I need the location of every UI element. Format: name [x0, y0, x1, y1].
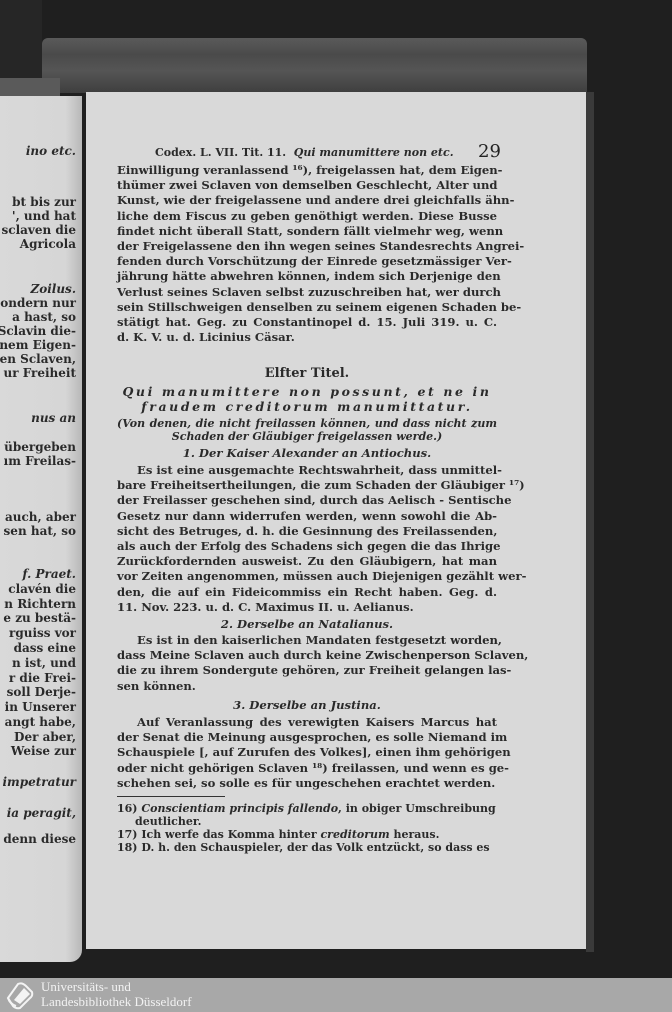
footnote-17: 17) Ich werfe das Komma hinter creditoru… [117, 828, 497, 841]
footnote-italic: creditorum [320, 828, 389, 841]
text-line: schehen sei, so solle es für ungeschehen… [117, 776, 497, 791]
latin-title: Qui manumittere non possunt, et ne in fr… [117, 384, 497, 414]
text-line: die zu ihrem Sondergute gehören, zur Fre… [117, 663, 497, 678]
latin-title-line: fraudem creditorum manumittatur. [117, 399, 497, 414]
left-page-line: rguiss vor [9, 626, 76, 640]
footnote-text: D. h. den Schauspieler, der das Volk ent… [141, 841, 489, 854]
footnote-text: , in obiger Umschreibung [338, 802, 496, 815]
latin-title-line: Qui manumittere non possunt, et ne in [117, 384, 497, 399]
footnote-18: 18) D. h. den Schauspieler, der das Volk… [117, 841, 497, 854]
page-number: 29 [478, 141, 501, 162]
text-line: liche dem Fiscus zu geben genöthigt werd… [117, 209, 497, 224]
text-line: fenden durch Vorschützung der Einrede ge… [117, 254, 497, 269]
section-1-text: Es ist eine ausgemachte Rechtswahrheit, … [117, 463, 497, 615]
text-line: d. K. V. u. d. Licinius Cäsar. [117, 330, 497, 345]
book-top-edge [42, 38, 587, 93]
left-page-line: r die Frei- [9, 671, 76, 685]
footnote-number: 18) [117, 841, 138, 854]
text-line: der Senat die Meinung ausgesprochen, es … [117, 730, 497, 745]
text-line: der Freigelassene den ihn wegen seines S… [117, 239, 497, 254]
library-name: Universitäts- und Landesbibliothek Düsse… [41, 980, 192, 1009]
footnote-text: Ich werfe das Komma hinter [141, 828, 320, 841]
left-page-line: sclaven die [2, 223, 77, 237]
german-title-line: (Von denen, die nicht freilassen können,… [117, 418, 497, 431]
german-title-line: Schaden der Gläubiger freigelassen werde… [117, 431, 497, 444]
text-line: sen können. [117, 679, 497, 694]
section-1-heading: 1. Der Kaiser Alexander an Antiochus. [117, 446, 497, 461]
right-page-edge [586, 92, 594, 952]
left-page-line: a hast, so [12, 310, 76, 324]
left-page-line: n Richtern [4, 597, 76, 611]
text-line: als auch der Erfolg des Schadens sich ge… [117, 539, 497, 554]
text-line: bare Freiheitsertheilungen, die zum Scha… [117, 478, 497, 493]
left-page-line: impetratur [2, 775, 76, 789]
left-page-line: ', und hat [12, 209, 76, 223]
left-page-line: soll Derje- [7, 685, 76, 699]
left-page-line: Sclavin die- [0, 324, 76, 338]
left-page-line: Weise zur [11, 744, 76, 758]
left-page-line: ım Freilas- [4, 454, 76, 468]
footnote-italic: Conscientiam principis fallendo [141, 802, 338, 815]
section-2-heading: 2. Derselbe an Natalianus. [117, 617, 497, 632]
left-page-line: f. Praet. [22, 567, 76, 581]
left-page-line: sen hat, so [4, 524, 76, 538]
book-spine-shadow [0, 0, 42, 90]
text-line: Zurückfordernden ausweist. Zu den Gläubi… [117, 554, 497, 569]
left-page-line: denn diese [3, 832, 76, 846]
text-line: Gesetz nur dann widerrufen werden, wenn … [117, 509, 497, 524]
left-page-line: ino etc. [26, 144, 76, 158]
text-line: stätigt hat. Geg. zu Constantinopel d. 1… [117, 315, 497, 330]
text-line: 11. Nov. 223. u. d. C. Maximus II. u. Ae… [117, 600, 497, 615]
left-page-line: nus an [31, 411, 76, 425]
text-line: sicht des Betruges, d. h. die Gesinnung … [117, 524, 497, 539]
library-name-line1: Universitäts- und [41, 980, 192, 995]
text-line: Schauspiele [, auf Zurufen des Volkes], … [117, 745, 497, 760]
left-page-line: Agricola [20, 237, 76, 251]
left-page-line: in Unserer [5, 700, 76, 714]
text-line: thümer zwei Sclaven von demselben Geschl… [117, 178, 497, 193]
left-page-line: dass eine [14, 641, 76, 655]
left-page-line: angt habe, [5, 715, 76, 729]
text-line: den, die auf ein Fideicommiss ein Recht … [117, 585, 497, 600]
text-line: Es ist in den kaiserlichen Mandaten fest… [117, 633, 497, 648]
book-top-edge-left [0, 78, 60, 96]
book-logo-icon [4, 980, 34, 1010]
footnote-number: 17) [117, 828, 138, 841]
library-name-line2: Landesbibliothek Düsseldorf [41, 995, 192, 1010]
left-page-line: ur Freiheit [3, 366, 76, 380]
left-page-line: bt bis zur [12, 195, 76, 209]
footnote-text: heraus. [390, 828, 440, 841]
text-line: der Freilasser geschehen sind, durch das… [117, 493, 497, 508]
left-page-line: e zu bestä- [3, 611, 76, 625]
left-page-line: auch, aber [5, 510, 76, 524]
left-page: ino etc.bt bis zur', und hatsclaven dieA… [0, 96, 82, 962]
section-3-heading: 3. Derselbe an Justina. [117, 698, 497, 713]
footnote-cont: deutlicher. [117, 815, 497, 828]
left-page-line: en Sclaven, [0, 352, 76, 366]
left-page-line: Zoilus. [30, 282, 76, 296]
text-line: Einwilligung veranlassend ¹⁶), freigelas… [117, 163, 497, 178]
footnote-16: 16) Conscientiam principis fallendo, in … [117, 802, 497, 828]
text-line: sein Stillschweigen denselben zu seinem … [117, 300, 497, 315]
text-line: Es ist eine ausgemachte Rechtswahrheit, … [117, 463, 497, 478]
left-page-line: clavén die [8, 582, 76, 596]
section-3-text: Auf Veranlassung des verewigten Kaisers … [117, 715, 497, 791]
running-head-codex: Codex. L. VII. Tit. 11. [155, 146, 286, 159]
footnote-rule [117, 796, 225, 797]
text-line: Verlust seines Sclaven selbst zuzuschrei… [117, 285, 497, 300]
footnote-number: 16) [117, 802, 138, 815]
left-page-line: ondern nur [0, 296, 76, 310]
title-heading: Elfter Titel. [117, 366, 497, 381]
section-2-text: Es ist in den kaiserlichen Mandaten fest… [117, 633, 497, 694]
text-line: dass Meine Sclaven auch durch keine Zwis… [117, 648, 497, 663]
left-page-line: ia peragit, [7, 806, 76, 820]
left-page-line: Der aber, [14, 730, 76, 744]
library-footer: Universitäts- und Landesbibliothek Düsse… [0, 978, 672, 1012]
text-line: jährung hätte abwehren können, indem sic… [117, 269, 497, 284]
text-line: vor Zeiten angenommen, müssen auch Dieje… [117, 569, 497, 584]
paragraph-1: Einwilligung veranlassend ¹⁶), freigelas… [117, 163, 497, 345]
left-page-line: nem Eigen- [0, 338, 76, 352]
left-page-line: übergeben [4, 440, 76, 454]
left-page-line: n ist, und [12, 656, 76, 670]
running-head-title: Qui manumittere non etc. [294, 146, 454, 159]
text-line: oder nicht gehörigen Sclaven ¹⁸) freilas… [117, 761, 497, 776]
german-title: (Von denen, die nicht freilassen können,… [117, 418, 497, 443]
running-head: Codex. L. VII. Tit. 11. Qui manumittere … [155, 146, 500, 159]
text-line: findet nicht überall Statt, sondern fäll… [117, 224, 497, 239]
text-line: Auf Veranlassung des verewigten Kaisers … [117, 715, 497, 730]
text-line: Kunst, wie der freigelassene und andere … [117, 193, 497, 208]
